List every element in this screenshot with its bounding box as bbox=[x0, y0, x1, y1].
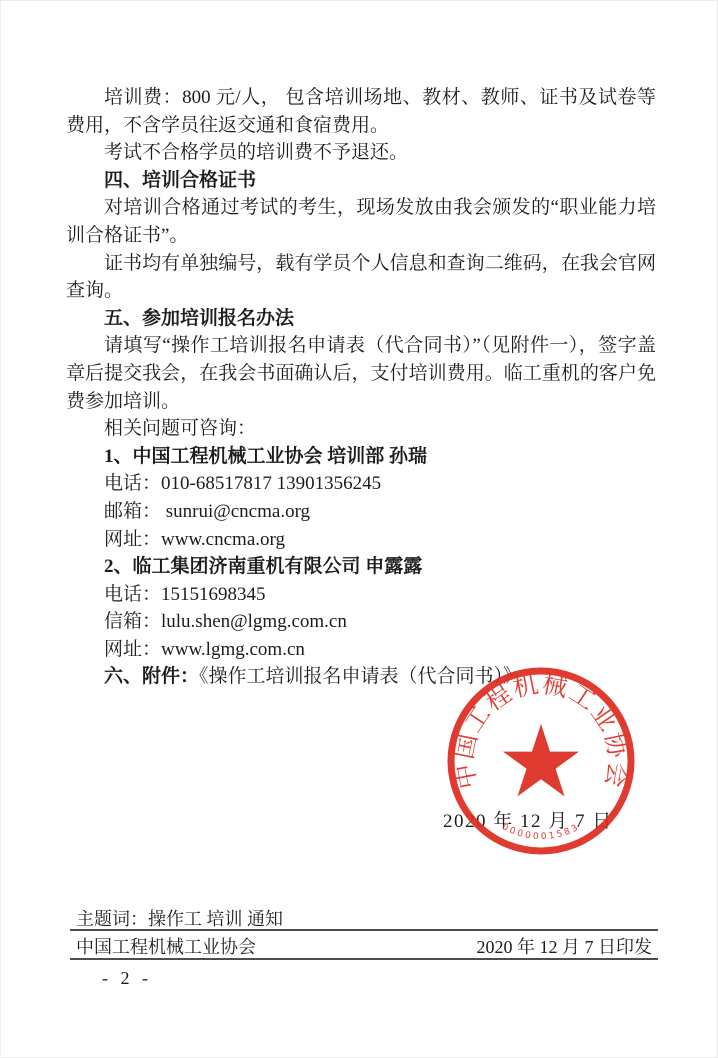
attachment-label: 六、附件： bbox=[104, 666, 199, 687]
seal-star-icon bbox=[503, 724, 579, 796]
contact-2-phone: 电话：15151698345 bbox=[66, 581, 656, 609]
contact-1-website: 网址：www.cncma.org bbox=[66, 526, 656, 554]
paragraph-no-refund: 考试不合格学员的培训费不予退还。 bbox=[66, 139, 656, 167]
official-seal: 中国工程机械工业协会 0000001583 bbox=[441, 661, 641, 861]
contact-2-heading: 2、临工集团济南重机有限公司 申露露 bbox=[66, 553, 656, 581]
paragraph-certificate-issue: 对培训合格通过考试的考生，现场发放由我会颁发的“职业能力培训合格证书”。 bbox=[66, 194, 656, 249]
seal-serial-number: 0000001583 bbox=[500, 822, 582, 842]
footer-divider-top bbox=[70, 929, 658, 931]
heading-section-4: 四、培训合格证书 bbox=[66, 167, 656, 195]
heading-section-5: 五、参加培训报名办法 bbox=[66, 305, 656, 333]
contact-2-email: 信箱：lulu.shen@lgmg.com.cn bbox=[66, 608, 656, 636]
contact-1-heading: 1、中国工程机械工业协会 培训部 孙瑞 bbox=[66, 443, 656, 471]
contact-2-website: 网址：www.lgmg.com.cn bbox=[66, 636, 656, 664]
paragraph-consult-intro: 相关问题可咨询： bbox=[66, 415, 656, 443]
paragraph-signup-method: 请填写“操作工培训报名申请表（代合同书）”（见附件一），签字盖章后提交我会，在我… bbox=[66, 332, 656, 415]
footer-subject-line: 主题词：操作工 培训 通知 bbox=[76, 905, 283, 931]
page-number: - 2 - bbox=[102, 968, 152, 989]
contact-1-phone: 电话：010-68517817 13901356245 bbox=[66, 470, 656, 498]
contact-1-email: 邮箱： sunrui@cncma.org bbox=[66, 498, 656, 526]
footer-issuer-row: 中国工程机械工业协会 2020 年 12 月 7 日印发 bbox=[76, 933, 652, 959]
document-body: 培训费：800 元/人， 包含培训场地、教材、教师、证书及试卷等费用，不含学员往… bbox=[66, 84, 656, 691]
footer-print-date: 2020 年 12 月 7 日印发 bbox=[477, 933, 653, 959]
paragraph-certificate-number: 证书均有单独编号，载有学员个人信息和查询二维码，在我会官网查询。 bbox=[66, 250, 656, 305]
footer-divider-bottom bbox=[70, 958, 658, 960]
document-page: 培训费：800 元/人， 包含培训场地、教材、教师、证书及试卷等费用，不含学员往… bbox=[0, 0, 718, 1058]
paragraph-training-fee: 培训费：800 元/人， 包含培训场地、教材、教师、证书及试卷等费用，不含学员往… bbox=[66, 84, 656, 139]
footer-issuer: 中国工程机械工业协会 bbox=[76, 933, 256, 959]
